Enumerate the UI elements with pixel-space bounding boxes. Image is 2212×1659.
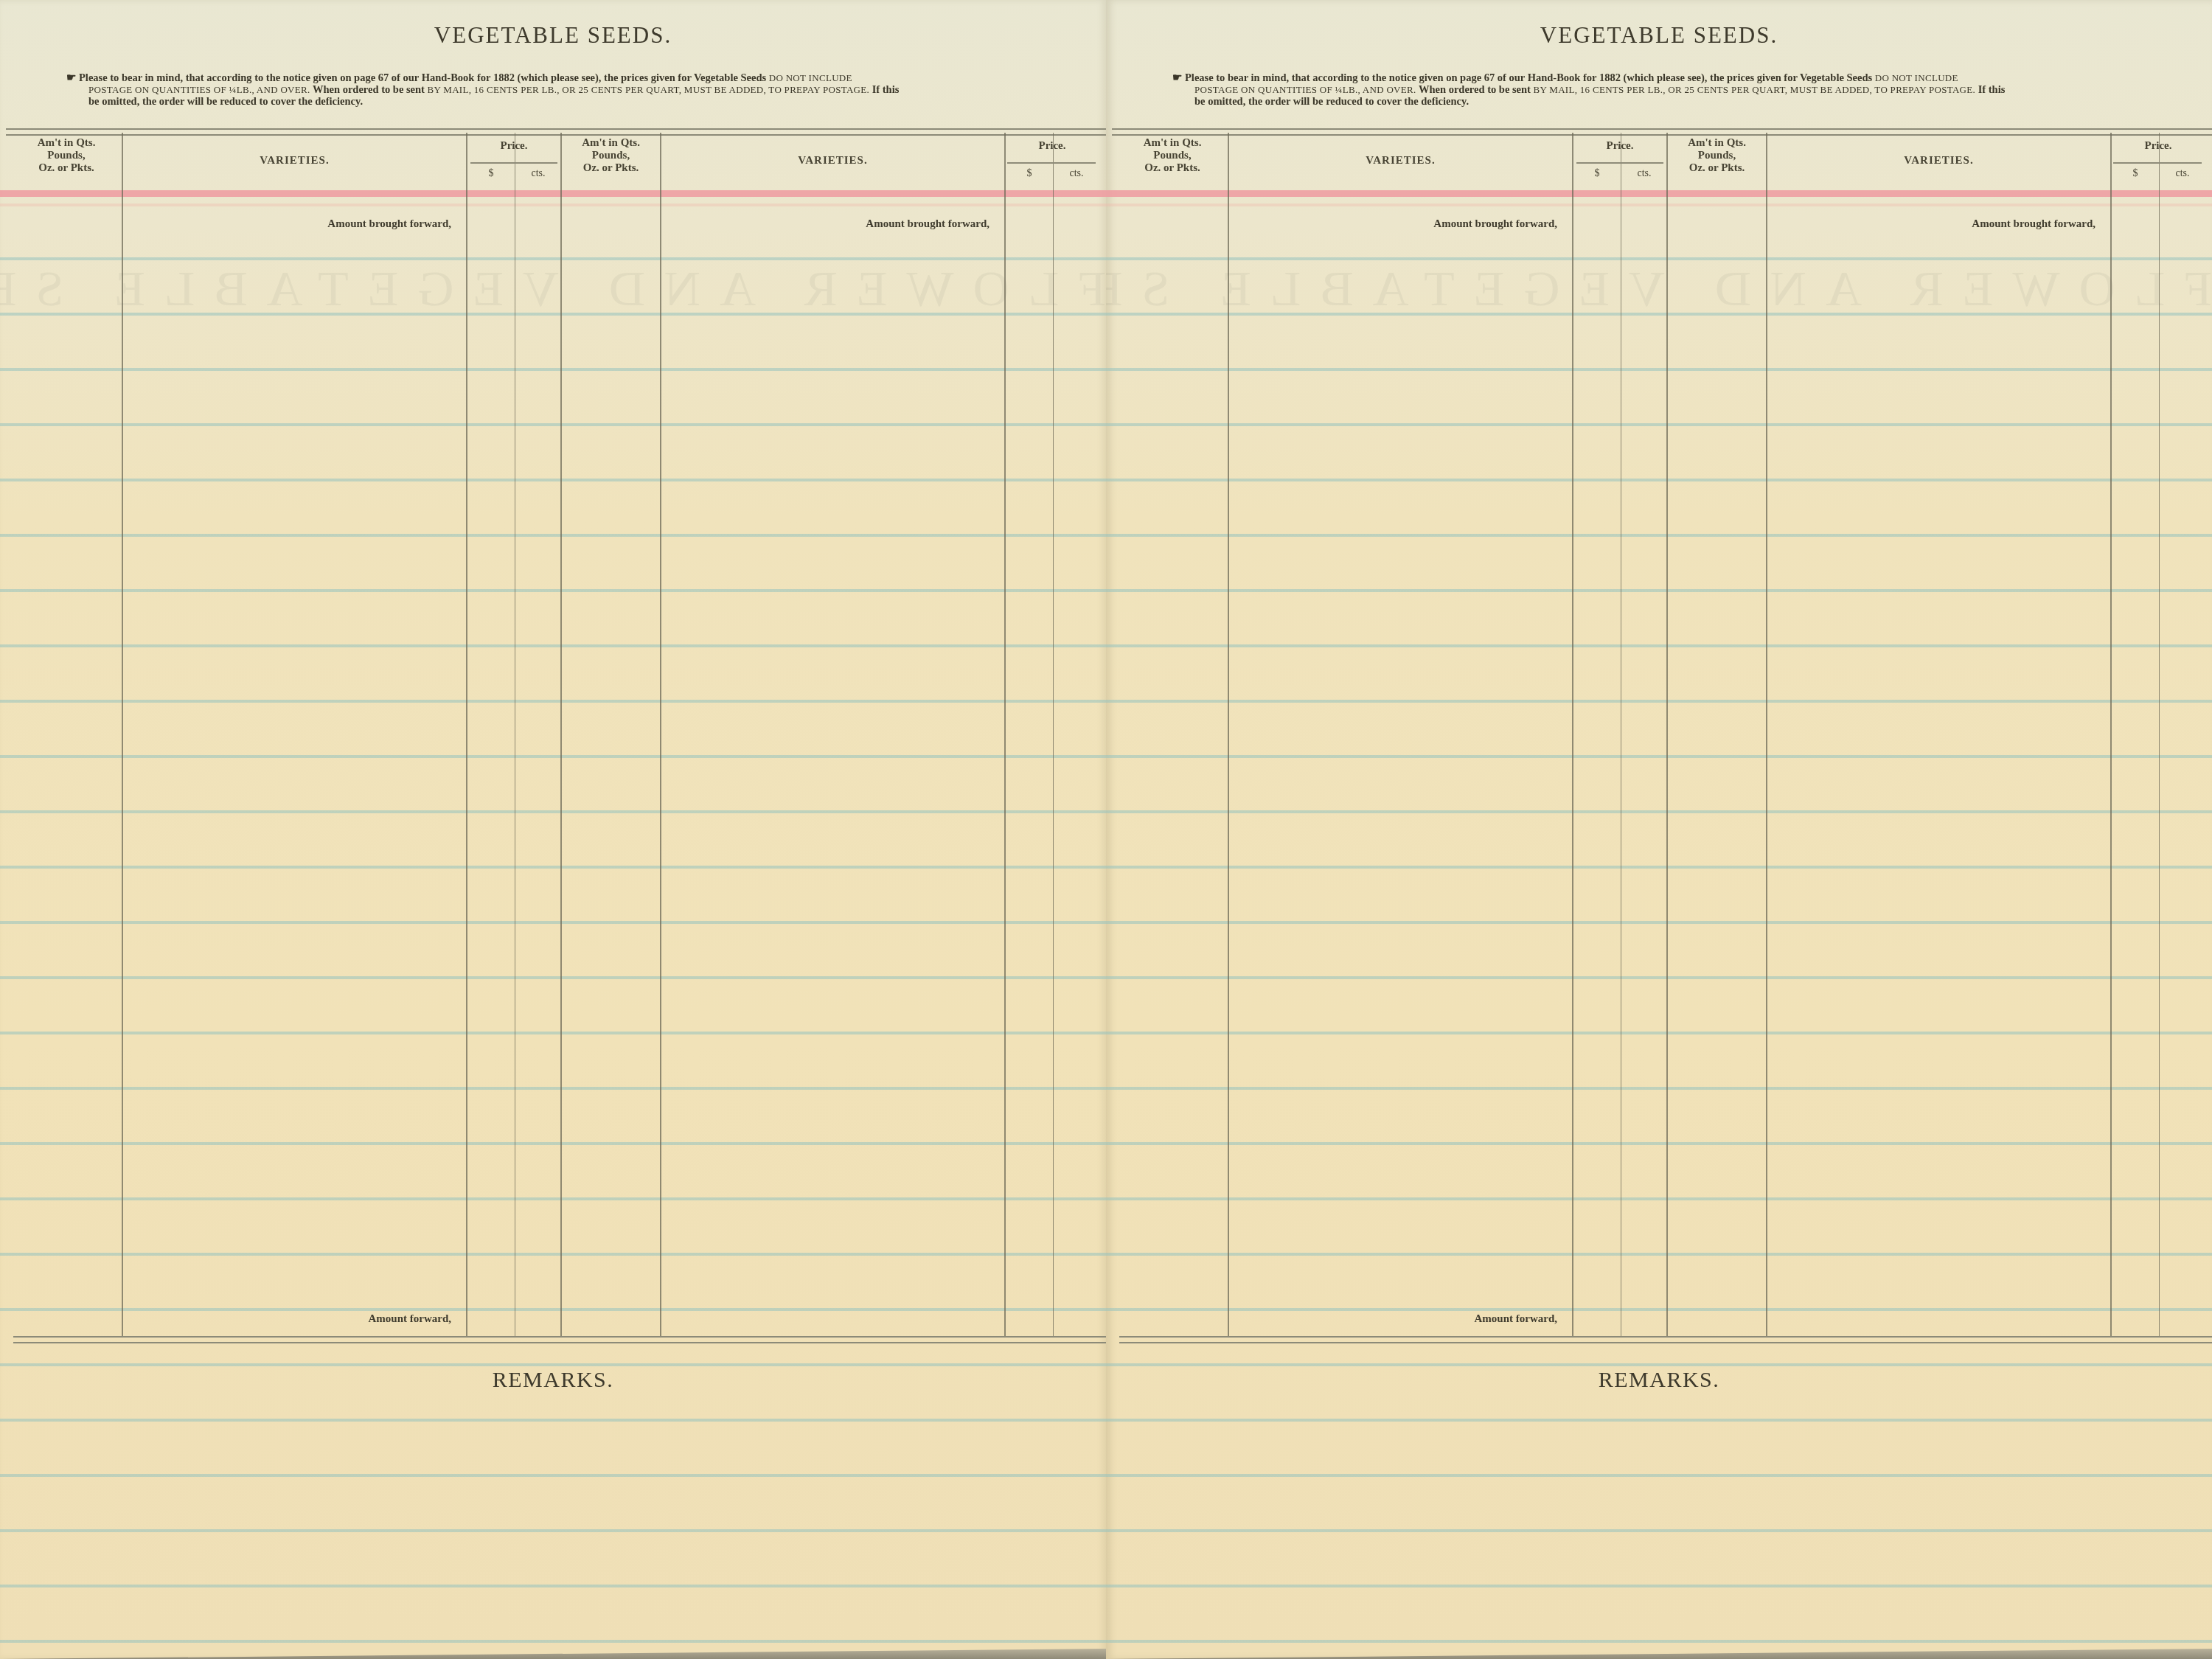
amount-header-line: Am't in Qts. (15, 137, 118, 150)
column-divider (1053, 133, 1054, 1336)
price-column-header: Price. (2112, 140, 2205, 153)
amount-header-line: Am't in Qts. (1121, 137, 1224, 150)
column-divider (1228, 133, 1229, 1336)
price-header-rule (470, 162, 557, 164)
varieties-column-header: VARIETIES. (661, 155, 1004, 167)
price-column-header: Price. (467, 140, 560, 153)
amount-column-header: Am't in Qts. Pounds, Oz. or Pkts. (1668, 137, 1766, 175)
notice-line-3: be omitted, the order will be reduced to… (1172, 96, 2168, 108)
header-double-rule (6, 128, 1106, 136)
varieties-column-header: VARIETIES. (123, 155, 466, 167)
notice-line-2: POSTAGE ON QUANTITIES OF ¼LB., AND OVER.… (1172, 84, 2168, 96)
notice-caps-b: BY MAIL, 16 CENTS PER LB., OR 25 CENTS P… (1534, 84, 1976, 95)
column-divider (1004, 133, 1006, 1336)
amount-header-line: Am't in Qts. (1668, 137, 1766, 150)
postage-notice: ☛Please to bear in mind, that according … (1172, 72, 2168, 108)
amount-header-line: Am't in Qts. (562, 137, 660, 150)
pink-faint-rule (0, 204, 1106, 206)
pink-margin-rule (1106, 190, 2212, 197)
cents-column-header: cts. (1622, 168, 1666, 180)
column-divider (515, 133, 515, 1336)
amount-column-header: Am't in Qts. Pounds, Oz. or Pkts. (1121, 137, 1224, 175)
column-divider (466, 133, 467, 1336)
notice-text: When ordered to be sent (313, 84, 425, 96)
column-divider (1666, 133, 1668, 1336)
dollars-column-header: $ (2112, 168, 2159, 180)
notice-emphasis: DO NOT INCLUDE (769, 72, 852, 83)
order-sheet-page-right: FLOWER AND VEGETABLE SEEDS VEGETABLE SEE… (1106, 0, 2212, 1659)
order-sheet-page-left: FLOWER AND VEGETABLE SEEDS VEGETABLE SEE… (0, 0, 1106, 1659)
header-double-rule (1112, 128, 2212, 136)
footer-double-rule (13, 1336, 1106, 1343)
notice-caps-b: BY MAIL, 16 CENTS PER LB., OR 25 CENTS P… (428, 84, 870, 95)
postage-notice: ☛Please to bear in mind, that according … (66, 72, 1062, 108)
column-divider (1621, 133, 1621, 1336)
price-header-rule (1007, 162, 1096, 164)
amount-column-header: Am't in Qts. Pounds, Oz. or Pkts. (15, 137, 118, 175)
column-divider (2110, 133, 2112, 1336)
varieties-column-header: VARIETIES. (1767, 155, 2110, 167)
cents-column-header: cts. (516, 168, 560, 180)
amount-column-header: Am't in Qts. Pounds, Oz. or Pkts. (562, 137, 660, 175)
amount-header-line: Pounds, (1668, 150, 1766, 162)
notice-line-3: be omitted, the order will be reduced to… (66, 96, 1062, 108)
amount-header-line: Oz. or Pkts. (15, 162, 118, 175)
price-column-header: Price. (1573, 140, 1666, 153)
amount-brought-forward-label: Amount brought forward, (125, 218, 451, 231)
price-header-rule (2113, 162, 2202, 164)
pink-faint-rule (1106, 204, 2212, 206)
notice-line-1: Please to bear in mind, that according t… (1185, 72, 1872, 84)
amount-brought-forward-label: Amount brought forward, (1231, 218, 1557, 231)
amount-header-line: Pounds, (1121, 150, 1224, 162)
column-divider (122, 133, 123, 1336)
varieties-column-header: VARIETIES. (1229, 155, 1572, 167)
amount-forward-label: Amount forward, (125, 1313, 451, 1326)
notice-caps-a: POSTAGE ON QUANTITIES OF ¼LB., AND OVER. (1194, 84, 1416, 95)
bleed-through-text: FLOWER AND VEGETABLE SEEDS (22, 260, 1106, 318)
ruled-lines (1106, 205, 2212, 1659)
notice-caps-a: POSTAGE ON QUANTITIES OF ¼LB., AND OVER. (88, 84, 310, 95)
pointing-hand-icon: ☛ (1172, 72, 1182, 84)
pink-margin-rule (0, 190, 1106, 197)
column-divider (1572, 133, 1573, 1336)
amount-header-line: Pounds, (15, 150, 118, 162)
amount-brought-forward-label: Amount brought forward, (664, 218, 990, 231)
amount-header-line: Oz. or Pkts. (1121, 162, 1224, 175)
remarks-heading: REMARKS. (1106, 1368, 2212, 1393)
notice-end: If this (872, 84, 900, 96)
notice-line-2: POSTAGE ON QUANTITIES OF ¼LB., AND OVER.… (66, 84, 1062, 96)
amount-header-line: Pounds, (562, 150, 660, 162)
column-divider (660, 133, 661, 1336)
ruled-lines (0, 205, 1106, 1659)
column-divider (1766, 133, 1767, 1336)
dollars-column-header: $ (1006, 168, 1053, 180)
remarks-heading: REMARKS. (0, 1368, 1106, 1393)
column-divider (560, 133, 562, 1336)
cents-column-header: cts. (2160, 168, 2205, 180)
notice-line-1: Please to bear in mind, that according t… (79, 72, 766, 84)
amount-header-line: Oz. or Pkts. (562, 162, 660, 175)
dollars-column-header: $ (1573, 168, 1621, 180)
page-title: VEGETABLE SEEDS. (0, 22, 1106, 49)
notice-emphasis: DO NOT INCLUDE (1875, 72, 1958, 83)
amount-forward-label: Amount forward, (1231, 1313, 1557, 1326)
cents-column-header: cts. (1054, 168, 1099, 180)
notice-end: If this (1978, 84, 2006, 96)
amount-header-line: Oz. or Pkts. (1668, 162, 1766, 175)
price-header-rule (1576, 162, 1663, 164)
footer-double-rule (1119, 1336, 2212, 1343)
page-title: VEGETABLE SEEDS. (1106, 22, 2212, 49)
bleed-through-text: FLOWER AND VEGETABLE SEEDS (1128, 260, 2212, 318)
notice-text: When ordered to be sent (1419, 84, 1531, 96)
dollars-column-header: $ (467, 168, 515, 180)
price-column-header: Price. (1006, 140, 1099, 153)
pointing-hand-icon: ☛ (66, 72, 76, 84)
column-divider (2159, 133, 2160, 1336)
amount-brought-forward-label: Amount brought forward, (1770, 218, 2096, 231)
